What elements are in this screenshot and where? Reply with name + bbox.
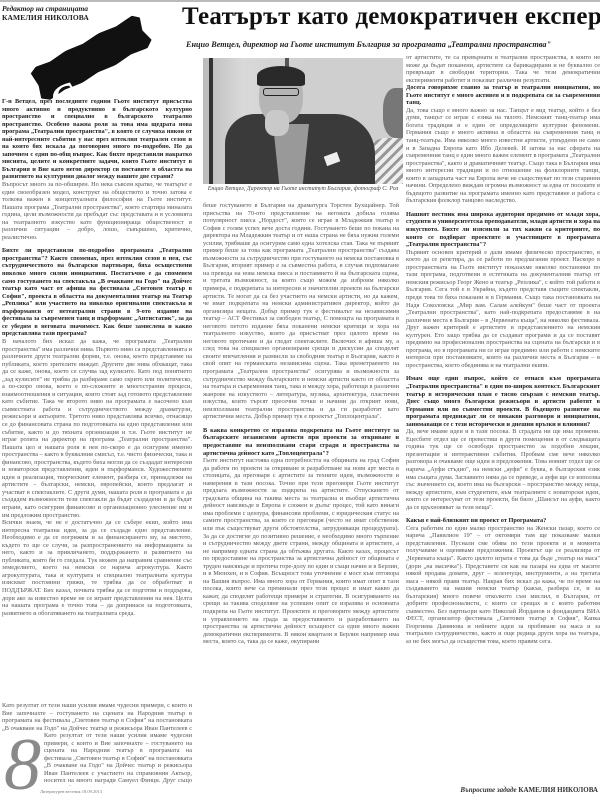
top-rule bbox=[0, 0, 600, 2]
article-column-1: Г-н Ветцел, през последните години Гьоте… bbox=[2, 98, 192, 702]
interview-answer: В началото бих искал да кажа, че програм… bbox=[2, 338, 192, 519]
interview-question: Имам още един въпрос, който се отнася къ… bbox=[406, 375, 600, 428]
interview-question: Г-н Ветцел, през последните години Гьоте… bbox=[2, 98, 192, 181]
article-subtitle: Енцио Ветцел, директор на Гьоте институт… bbox=[186, 40, 600, 50]
article-column-2: беше гостуването в България на драматург… bbox=[203, 202, 399, 800]
interview-question: Досега говорихме главно за театър и теат… bbox=[406, 84, 600, 107]
photo-pillar bbox=[209, 58, 213, 184]
portrait-photo bbox=[203, 58, 403, 184]
photo-hand bbox=[265, 110, 289, 136]
interview-answer: Първият основен критерий е дали имаме фи… bbox=[406, 249, 600, 370]
interview-answer: Гьоте институт настоява една потребностт… bbox=[203, 457, 399, 646]
editor-label: Редактор на страницата bbox=[2, 4, 192, 13]
interview-answer: Въпросът много за по-обширен. Но нека съ… bbox=[2, 181, 192, 241]
interview-question: Какъв е най-близкият ви проект от Програ… bbox=[406, 517, 600, 525]
interview-answer: от артистите, те са превърнати в театрал… bbox=[406, 54, 600, 84]
photo-second-person-head bbox=[383, 88, 403, 138]
signoff-label: Въпросите зададе bbox=[460, 786, 516, 794]
photo-glasses bbox=[263, 88, 299, 96]
photo-caption: Енцио Ветцел, Директор на Гьоте институт… bbox=[206, 186, 400, 193]
interview-answer: Сега работим по един малко пространство … bbox=[406, 525, 600, 646]
article-column-3: от артистите, те са превърнати в театрал… bbox=[406, 54, 600, 780]
interview-question: В каква конкретно се изразява подкрепата… bbox=[203, 427, 399, 457]
page-number: 8 bbox=[4, 730, 41, 800]
section-logo: Сцена bbox=[18, 14, 148, 94]
article-title: Театърът като демократичен експеримент bbox=[182, 4, 600, 30]
signoff-name: КАМЕЛИЯ НИКОЛОВА bbox=[518, 786, 598, 794]
photo-hair bbox=[257, 66, 305, 86]
interviewer-signoff: Въпросите зададе КАМЕЛИЯ НИКОЛОВА bbox=[460, 786, 598, 794]
interview-answer: Да, това също е много важно за нас. Танц… bbox=[406, 107, 600, 205]
interview-answer-continued: Като резултат от тези наши усилия имаме … bbox=[44, 732, 192, 786]
interview-question: Бихте ли представили по-подробно програм… bbox=[2, 247, 192, 338]
article-column-1-wrap: Като резултат от тези наши усилия имаме … bbox=[44, 732, 192, 786]
interview-answer: Да, вече имаме идеи и в тази посока. В с… bbox=[406, 428, 600, 511]
interview-answer: беше гостуването в България на драматург… bbox=[203, 202, 399, 421]
interview-answer: Всички знаем, че не е достатъчно да се с… bbox=[2, 519, 192, 617]
interview-question: Нашият вестник има широка аудитория пред… bbox=[406, 211, 600, 249]
footer-note: Литературен вестник 18.09.2013 bbox=[40, 789, 102, 794]
